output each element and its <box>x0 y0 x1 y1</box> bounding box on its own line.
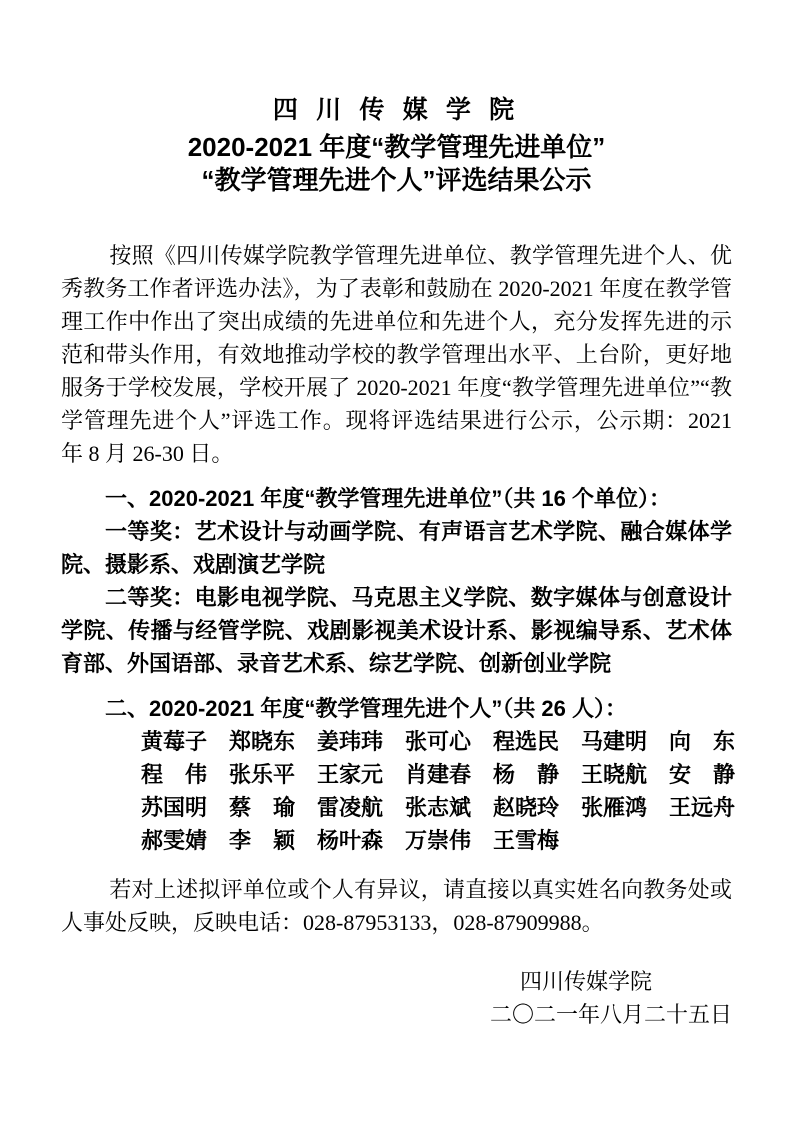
document-content: 四 川 传 媒 学 院 2020-2021 年度“教学管理先进单位” “教学管理… <box>61 0 732 1031</box>
doc-title-line-2: “教学管理先进个人”评选结果公示 <box>61 164 732 197</box>
signature-org: 四川传媒学院 <box>61 965 732 998</box>
doc-title-line-1: 2020-2021 年度“教学管理先进单位” <box>61 131 732 164</box>
intro-paragraph: 按照《四川传媒学院教学管理先进单位、教学管理先进个人、优秀教务工作者评选办法》，… <box>61 239 732 470</box>
section-individuals-heading: 二、2020-2021 年度“教学管理先进个人”（共 26 人）： <box>61 692 732 725</box>
signature-date: 二〇二一年八月二十五日 <box>61 998 732 1031</box>
names-list: 黄莓子 郑晓东 姜玮玮 张可心 程选民 马建明 向 东 程 伟 张乐平 王家元 … <box>61 725 732 857</box>
org-title: 四 川 传 媒 学 院 <box>61 96 732 126</box>
names-row-1: 黄莓子 郑晓东 姜玮玮 张可心 程选民 马建明 向 东 <box>61 725 732 758</box>
names-row-2: 程 伟 张乐平 王家元 肖建春 杨 静 王晓航 安 静 <box>61 758 732 791</box>
section-units-heading: 一、2020-2021 年度“教学管理先进单位”（共 16 个单位）： <box>61 482 732 515</box>
first-prize-line: 一等奖：艺术设计与动画学院、有声语言艺术学院、融合媒体学院、摄影系、戏剧演艺学院 <box>61 515 732 581</box>
document-page: 四 川 传 媒 学 院 2020-2021 年度“教学管理先进单位” “教学管理… <box>0 0 793 1122</box>
names-row-4: 郝雯婧 李 颖 杨叶森 万崇伟 王雪梅 <box>61 824 732 857</box>
signature-block: 四川传媒学院 二〇二一年八月二十五日 <box>61 965 732 1031</box>
second-prize-line: 二等奖：电影电视学院、马克思主义学院、数字媒体与创意设计学院、传播与经管学院、戏… <box>61 581 732 680</box>
feedback-paragraph: 若对上述拟评单位或个人有异议，请直接以真实姓名向教务处或人事处反映，反映电话：0… <box>61 873 732 939</box>
names-row-3: 苏国明 蔡 瑜 雷凌航 张志斌 赵晓玲 张雁鸿 王远舟 <box>61 791 732 824</box>
